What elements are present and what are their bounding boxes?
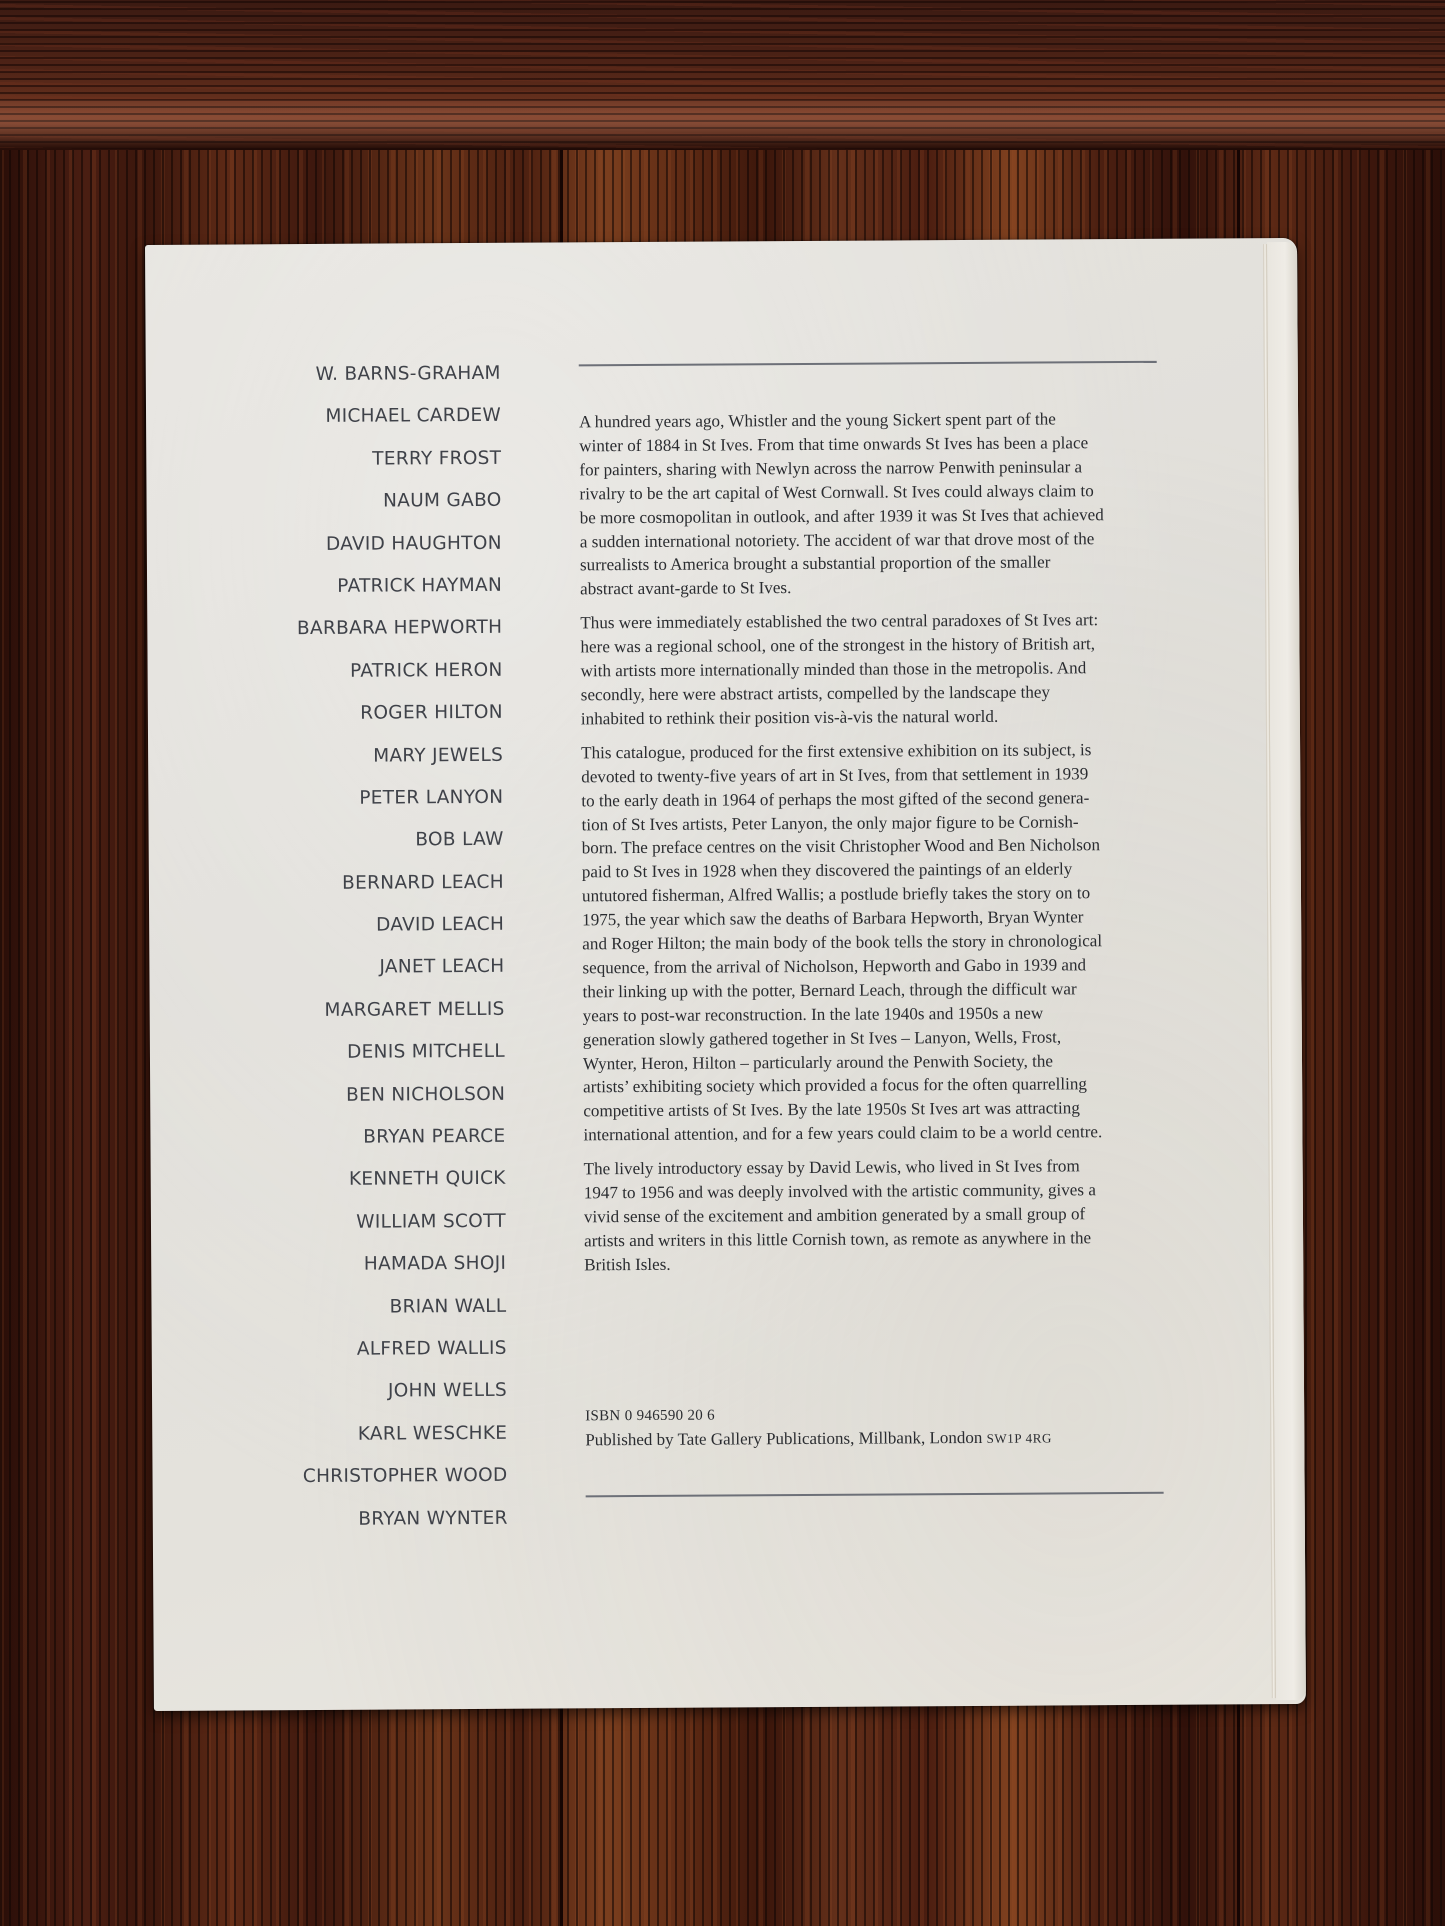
artist-name: ALFRED WALLIS [301, 1328, 507, 1372]
isbn-line: ISBN 0 946590 20 6 [585, 1400, 1052, 1428]
table-edge [0, 0, 1445, 150]
text-line: vivid sense of the excitement and ambiti… [584, 1202, 1174, 1230]
text-line: devoted to twenty-five years of art in S… [581, 761, 1171, 789]
artist-name: PATRICK HAYMAN [297, 565, 503, 609]
text-line: to the early death in 1964 of perhaps th… [581, 785, 1171, 813]
text-line: untutored fisherman, Alfred Wallis; a po… [582, 881, 1172, 909]
text-line: artists’ exhibiting society which provid… [583, 1072, 1173, 1100]
text-line: abstract avant-garde to St Ives. [580, 574, 1170, 602]
isbn-label: ISBN [585, 1408, 620, 1424]
text-line: generation slowly gathered together in S… [583, 1024, 1173, 1052]
book-back-cover: W. BARNS-GRAHAMMICHAEL CARDEWTERRY FROST… [145, 238, 1306, 1711]
text-line: secondly, here were abstract artists, co… [581, 680, 1171, 708]
text-line: and Roger Hilton; the main body of the b… [582, 929, 1172, 957]
artist-name: MARGARET MELLIS [299, 989, 505, 1033]
bottom-rule [586, 1492, 1164, 1498]
artist-name: BARBARA HEPWORTH [297, 607, 503, 651]
text-line: paid to St Ives in 1928 when they discov… [582, 857, 1172, 885]
postcode: SW1P 4RG [987, 1430, 1052, 1445]
artist-name: BRYAN WYNTER [302, 1497, 508, 1541]
text-line: A hundred years ago, Whistler and the yo… [579, 407, 1169, 435]
text-line: competitive artists of St Ives. By the l… [583, 1096, 1173, 1124]
artist-name: MICHAEL CARDEW [296, 395, 502, 439]
text-line: born. The preface centres on the visit C… [582, 833, 1172, 861]
text-line: winter of 1884 in St Ives. From that tim… [579, 431, 1169, 459]
text-line: artists and writers in this little Corni… [584, 1226, 1174, 1254]
artist-name: BRIAN WALL [301, 1285, 507, 1329]
text-line: Wynter, Heron, Hilton – particularly aro… [583, 1048, 1173, 1076]
artist-name: MARY JEWELS [298, 734, 504, 778]
text-line: tion of St Ives artists, Peter Lanyon, t… [581, 809, 1171, 837]
paragraph: This catalogue, produced for the first e… [581, 738, 1173, 1148]
artist-name: BRYAN PEARCE [300, 1116, 506, 1160]
isbn-number: 0 946590 20 6 [625, 1408, 715, 1425]
publisher-line: Published by Tate Gallery Publications, … [585, 1425, 1052, 1453]
artist-name: DENIS MITCHELL [299, 1031, 505, 1075]
text-line: years to post-war reconstruction. In the… [583, 1000, 1173, 1028]
text-line: British Isles. [584, 1250, 1174, 1278]
text-line: be more cosmopolitan in outlook, and aft… [580, 502, 1170, 530]
artist-name: NAUM GABO [296, 480, 502, 524]
artist-name: CHRISTOPHER WOOD [302, 1455, 508, 1499]
paragraph: Thus were immediately established the tw… [580, 608, 1171, 731]
text-line: with artists more internationally minded… [581, 656, 1171, 684]
publisher: Published by Tate Gallery Publications, … [585, 1428, 982, 1449]
artist-name: BOB LAW [298, 819, 504, 863]
paragraph: The lively introductory essay by David L… [584, 1154, 1175, 1277]
artist-name: KENNETH QUICK [300, 1158, 506, 1202]
artist-name: HAMADA SHOJI [301, 1243, 507, 1287]
artist-name: DAVID HAUGHTON [296, 522, 502, 566]
artist-name: W. BARNS-GRAHAM [295, 353, 501, 397]
text-line: The lively introductory essay by David L… [584, 1154, 1174, 1182]
text-line: sequence, from the arrival of Nicholson,… [582, 953, 1172, 981]
artist-name: JOHN WELLS [302, 1370, 508, 1414]
artist-list: W. BARNS-GRAHAMMICHAEL CARDEWTERRY FROST… [295, 353, 508, 1541]
paragraph: A hundred years ago, Whistler and the yo… [579, 407, 1170, 602]
artist-name: KARL WESCHKE [302, 1413, 508, 1457]
text-line: a sudden international notoriety. The ac… [580, 526, 1170, 554]
text-line: rivalry to be the art capital of West Co… [579, 478, 1169, 506]
artist-name: BERNARD LEACH [298, 862, 504, 906]
colophon: ISBN 0 946590 20 6 Published by Tate Gal… [585, 1400, 1052, 1453]
artist-name: TERRY FROST [296, 438, 502, 482]
text-line: 1947 to 1956 and was deeply involved wit… [584, 1178, 1174, 1206]
blurb-text: A hundred years ago, Whistler and the yo… [579, 407, 1174, 1287]
artist-name: PATRICK HERON [297, 650, 503, 694]
text-line: for painters, sharing with Newlyn across… [579, 455, 1169, 483]
text-line: their linking up with the potter, Bernar… [582, 977, 1172, 1005]
artist-name: JANET LEACH [299, 946, 505, 990]
artist-name: WILLIAM SCOTT [301, 1201, 507, 1245]
text-line: inhabited to rethink their position vis-… [581, 704, 1171, 732]
artist-name: BEN NICHOLSON [300, 1073, 506, 1117]
text-line: 1975, the year which saw the deaths of B… [582, 905, 1172, 933]
top-rule [579, 361, 1157, 367]
artist-name: ROGER HILTON [297, 692, 503, 736]
text-line: here was a regional school, one of the s… [580, 632, 1170, 660]
text-line: surrealists to America brought a substan… [580, 550, 1170, 578]
text-line: Thus were immediately established the tw… [580, 608, 1170, 636]
artist-name: PETER LANYON [298, 777, 504, 821]
artist-name: DAVID LEACH [299, 904, 505, 948]
text-line: international attention, and for a few y… [583, 1120, 1173, 1148]
text-line: This catalogue, produced for the first e… [581, 738, 1171, 766]
